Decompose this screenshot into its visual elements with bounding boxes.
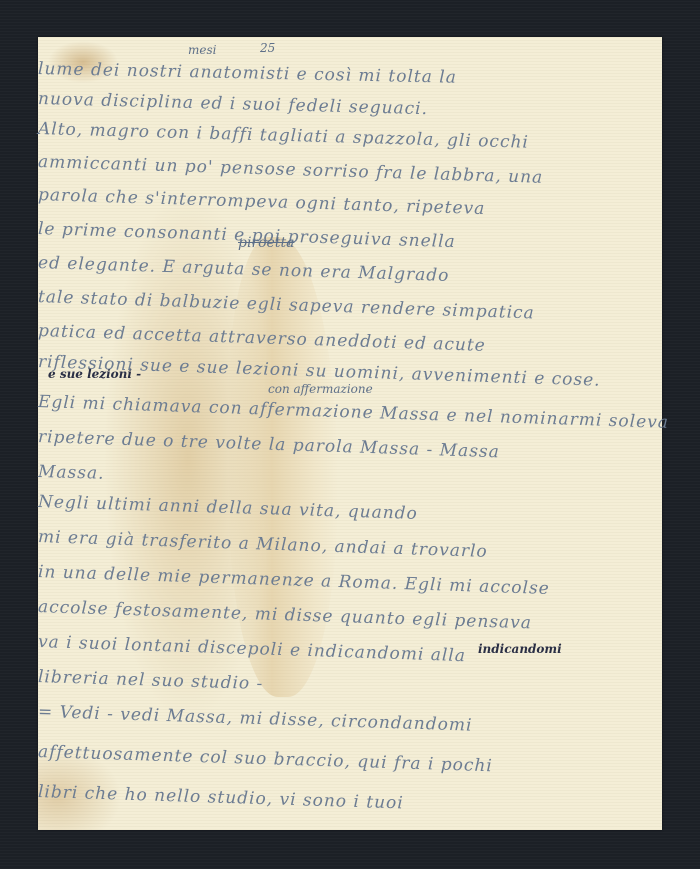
text-line-3: Alto, magro con i baffi tagliati a spazz… — [38, 119, 529, 153]
text-line-21: affettuosamente col suo braccio, qui fra… — [38, 742, 493, 776]
insertion-mesi: mesi — [188, 43, 216, 57]
text-line-9: patica ed accetta attraverso aneddoti ed… — [38, 321, 486, 356]
text-line-14: Negli ultimi anni della sua vita, quando — [38, 492, 418, 524]
text-line-11: Egli mi chiamava con affermazione Massa … — [38, 392, 670, 433]
text-line-4: ammiccanti un po' pensose sorriso fra le… — [38, 152, 544, 188]
text-line-16: in una delle mie permanenze a Roma. Egli… — [38, 562, 550, 599]
text-line-22: libri che ho nello studio, vi sono i tuo… — [38, 782, 404, 813]
text-line-18: va i suoi lontani discepoli e indicandom… — [38, 632, 467, 666]
text-line-2: nuova disciplina ed i suoi fedeli seguac… — [38, 89, 429, 119]
insertion-number: 25 — [260, 41, 275, 55]
text-line-1: lume dei nostri anatomisti e così mi tol… — [38, 59, 457, 88]
text-line-15: mi era già trasferito a Milano, andai a … — [38, 527, 488, 562]
text-line-7: ed elegante. E arguta se non era Malgrad… — [38, 253, 450, 286]
text-line-5: parola che s'interrompeva ogni tanto, ri… — [38, 185, 486, 219]
manuscript-page: mesi 25 lume dei nostri anatomisti e cos… — [38, 37, 662, 830]
insertion-indicandomi: indicandomi — [478, 642, 562, 656]
text-line-19: libreria nel suo studio - — [38, 667, 264, 694]
text-line-12: ripetere due o tre volte la parola Massa… — [38, 427, 500, 462]
text-line-13: Massa. — [38, 462, 105, 484]
text-line-17: accolse festosamente, mi disse quanto eg… — [38, 597, 533, 633]
text-line-8: tale stato di balbuzie egli sapeva rende… — [38, 287, 535, 323]
insertion-affermazione: con affermazione — [268, 382, 373, 396]
text-line-20: = Vedi - vedi Massa, mi disse, circondan… — [38, 702, 473, 736]
insertion-piroetta: piroetta — [238, 235, 294, 251]
